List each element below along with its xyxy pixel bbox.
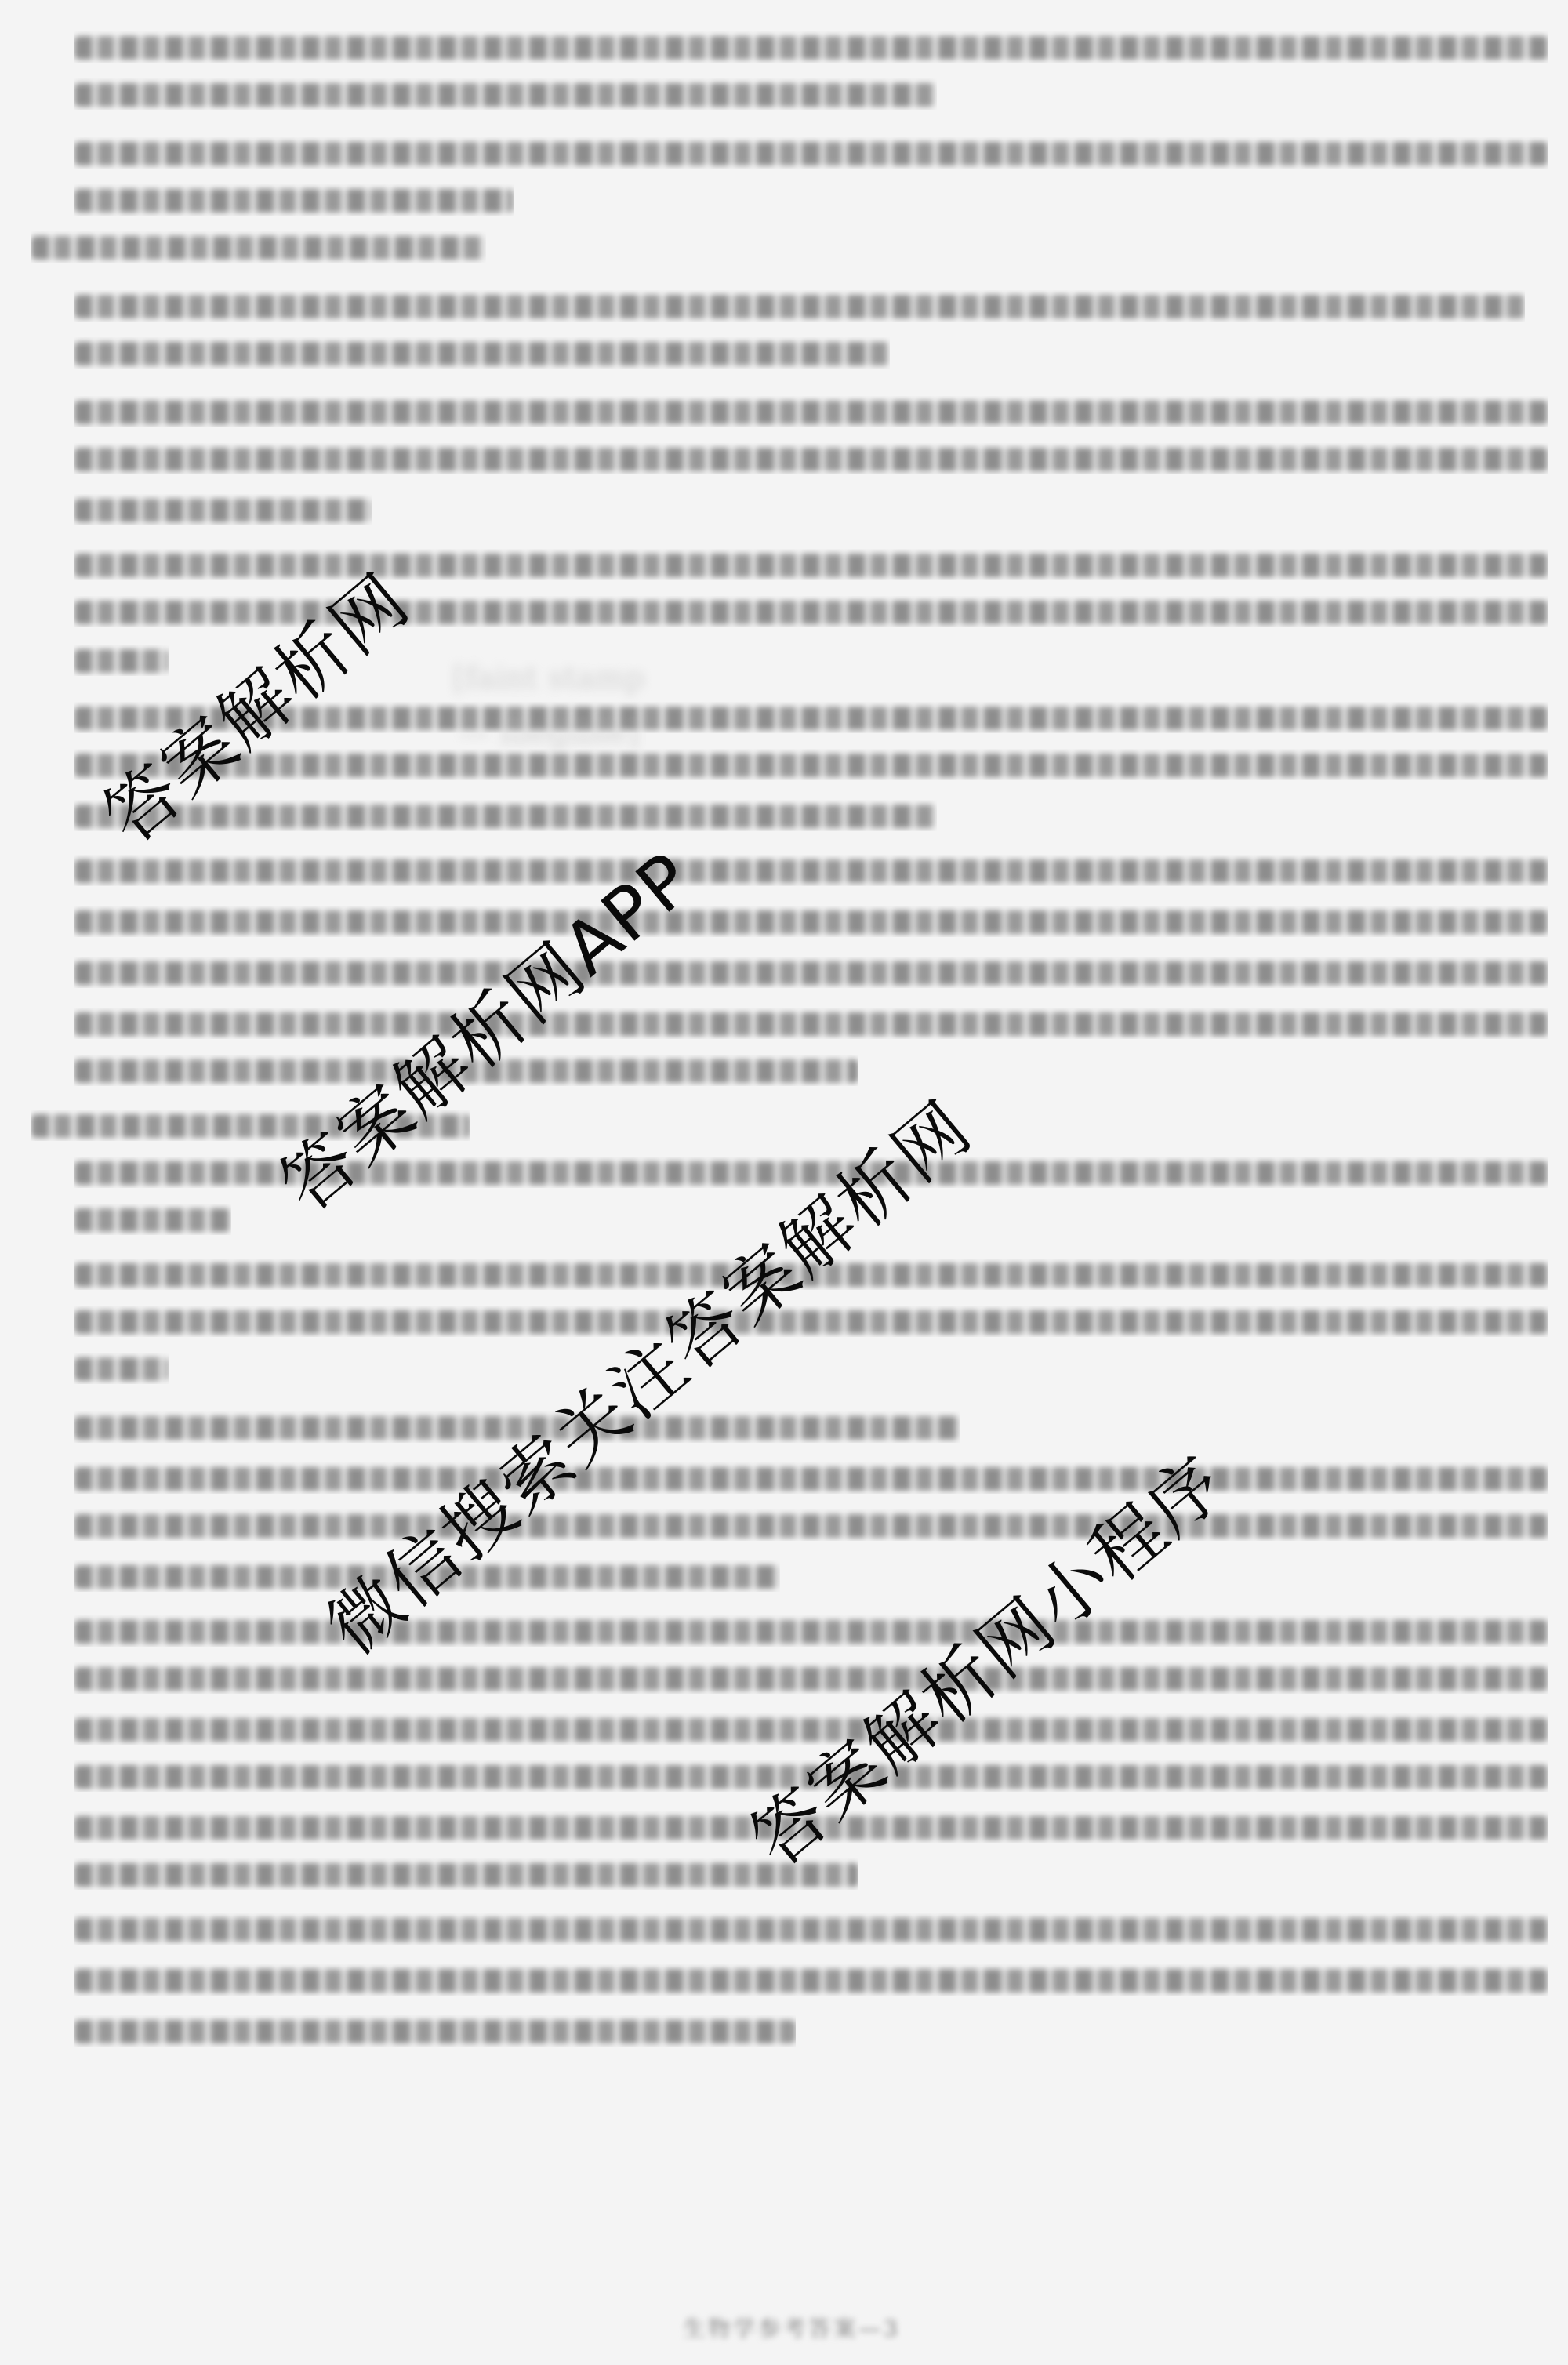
text-line	[74, 137, 1548, 169]
blurred-text	[74, 910, 1548, 934]
text-line	[74, 855, 1548, 886]
blurred-text	[74, 1514, 1548, 1538]
page-footer: 生物学参考答案—3	[674, 2312, 909, 2343]
text-line	[74, 645, 169, 676]
faint-stamp: [faint stamp — illegible]	[439, 651, 659, 831]
blurred-text	[74, 1357, 169, 1381]
blurred-text	[74, 83, 937, 107]
text-line	[74, 443, 1548, 474]
blurred-text	[74, 499, 372, 522]
text-line	[74, 1353, 169, 1384]
blurred-text	[74, 1310, 1548, 1334]
text-line	[74, 1204, 231, 1235]
blurred-text	[74, 1208, 231, 1232]
blurred-text	[74, 36, 1548, 60]
text-line	[74, 184, 514, 216]
blurred-text	[74, 1863, 858, 1887]
text-line	[74, 494, 372, 525]
blurred-text	[74, 295, 1525, 318]
text-line	[74, 1509, 1548, 1541]
blurred-text	[74, 1620, 1548, 1644]
blurred-text	[74, 189, 514, 213]
text-line	[74, 549, 1548, 580]
blurred-text	[74, 1467, 1548, 1491]
text-line	[74, 749, 1548, 780]
text-line	[74, 31, 1548, 63]
blurred-text	[74, 1918, 1548, 1942]
blurred-text	[74, 401, 1548, 424]
blurred-text	[74, 554, 1548, 577]
document-page: [faint stamp — illegible] 答案解析网答案解析网APP微…	[0, 0, 1568, 2365]
text-line	[74, 1662, 1548, 1694]
blurred-text	[74, 754, 1548, 777]
text-line	[74, 1306, 1548, 1337]
text-line	[74, 1462, 1548, 1494]
blurred-text	[74, 961, 1548, 985]
text-line	[74, 2015, 796, 2047]
blurred-text	[74, 2020, 796, 2043]
blurred-text	[74, 859, 1548, 883]
text-line	[74, 1964, 1548, 1996]
blurred-text	[74, 1012, 1548, 1036]
blurred-text	[74, 342, 890, 365]
blurred-text	[31, 236, 486, 260]
blurred-text	[74, 142, 1548, 165]
text-line	[74, 1858, 858, 1890]
text-line	[74, 396, 1548, 427]
text-line	[74, 906, 1548, 937]
text-line	[74, 1913, 1548, 1945]
text-line	[74, 290, 1525, 322]
blurred-text	[74, 1667, 1548, 1691]
text-line	[74, 337, 890, 369]
blurred-text	[74, 1969, 1548, 1993]
text-line	[31, 231, 486, 263]
text-line	[74, 1008, 1548, 1039]
text-line	[74, 957, 1548, 988]
blurred-text	[74, 649, 169, 673]
text-line	[74, 78, 937, 110]
text-line	[74, 1615, 1548, 1647]
blurred-text	[74, 448, 1548, 471]
